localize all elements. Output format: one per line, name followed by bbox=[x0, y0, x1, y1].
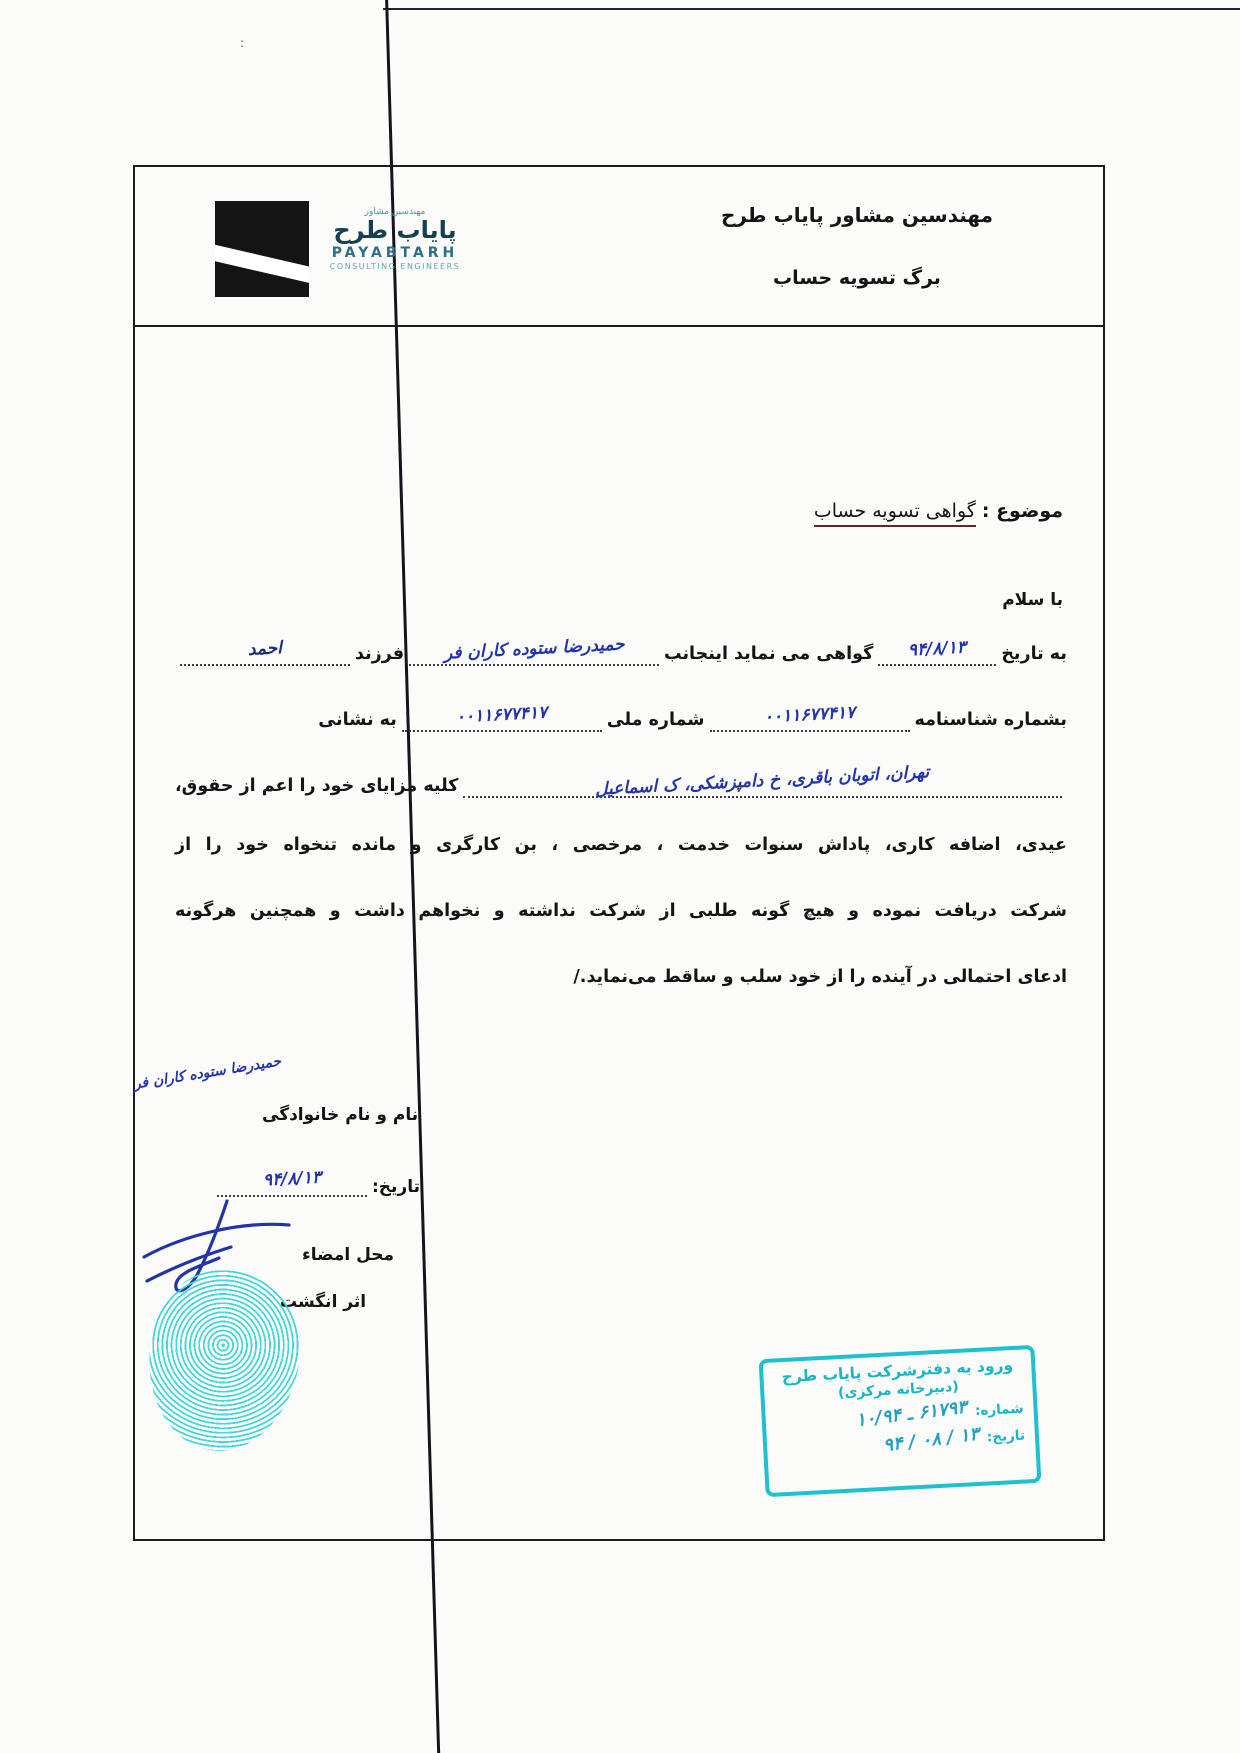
handwritten-address: تهران، اتوبان باقری، خ دامپزشکی، ک اسماع… bbox=[595, 761, 930, 802]
fingerprint-label: اثر انگشت bbox=[280, 1292, 366, 1312]
scan-speck: : bbox=[240, 36, 244, 50]
stamp-date-row: تاریخ: ۹۴ / ۰۸ / ۱۳ bbox=[777, 1424, 1026, 1458]
subject-line: موضوع : گواهی تسویه حساب bbox=[814, 500, 1063, 522]
name-fill-field: حمیدرضا ستوده کاران فر bbox=[409, 639, 659, 666]
body-line-6: ادعای احتمالی در آینده را از خود سلب و س… bbox=[175, 944, 1067, 1010]
handwritten-id-number: ۰۰۱۱۶۷۷۴۱۷ bbox=[763, 702, 855, 731]
address-fill-field: تهران، اتوبان باقری، خ دامپزشکی، ک اسماع… bbox=[463, 771, 1062, 798]
company-logo-text: مهندسین مشاور پایاب طرح PAYABTARH CONSUL… bbox=[311, 207, 479, 271]
salutation: با سلام bbox=[1002, 590, 1063, 610]
body-line-2: بشماره شناسنامه ۰۰۱۱۶۷۷۴۱۷ شماره ملی ۰۰۱… bbox=[175, 680, 1067, 746]
stamp-date-label: تاریخ: bbox=[986, 1427, 1025, 1445]
subject-label: موضوع : bbox=[982, 500, 1063, 522]
logo-diagonal-stripe bbox=[215, 242, 309, 287]
handwritten-signature-date: ۹۴/۸/۱۳ bbox=[262, 1167, 321, 1190]
signature-date-fill: ۹۴/۸/۱۳ bbox=[217, 1171, 367, 1197]
line1-mid: گواهی می نماید اینجانب bbox=[664, 642, 873, 667]
id-number-fill-field: ۰۰۱۱۶۷۷۴۱۷ bbox=[710, 705, 910, 732]
body-line-1: به تاریخ ۹۴/۸/۱۳ گواهی می نماید اینجانب … bbox=[175, 614, 1067, 680]
form-title: برگ تسویه حساب bbox=[721, 267, 993, 289]
signature-place-label: محل امضاء bbox=[302, 1245, 394, 1265]
company-logo-icon bbox=[215, 201, 309, 297]
body-line-5: شرکت دریافت نموده و هیچ گونه طلبی از شرک… bbox=[175, 878, 1067, 944]
line2-post: به نشانی bbox=[318, 708, 397, 733]
national-id-fill-field: ۰۰۱۱۶۷۷۴۱۷ bbox=[402, 705, 602, 732]
body-paragraph: به تاریخ ۹۴/۸/۱۳ گواهی می نماید اینجانب … bbox=[175, 614, 1067, 1010]
stamp-handwritten-date: ۹۴ / ۰۸ / ۱۳ bbox=[882, 1424, 980, 1457]
line3-rest: کلیه مزایای خود را اعم از حقوق، bbox=[175, 774, 458, 799]
logo-brand-en-sub: CONSULTING ENGINEERS bbox=[311, 262, 479, 271]
header-titles: مهندسین مشاور پایاب طرح برگ تسویه حساب bbox=[721, 203, 993, 289]
father-fill-field: احمد bbox=[180, 639, 350, 666]
logo-brand-fa: پایاب طرح bbox=[311, 217, 479, 243]
subject-value: گواهی تسویه حساب bbox=[814, 500, 976, 527]
scan-top-edge-line bbox=[383, 8, 1240, 10]
date-fill-field: ۹۴/۸/۱۳ bbox=[878, 639, 996, 666]
document-header: مهندسین مشاور پایاب طرح PAYABTARH CONSUL… bbox=[135, 167, 1103, 327]
logo-brand-en: PAYABTARH bbox=[311, 245, 479, 261]
office-entry-stamp: ورود به دفترشرکت پایاب طرح (دبیرخانه مرک… bbox=[759, 1345, 1042, 1497]
signature-date-row: تاریخ: ۹۴/۸/۱۳ bbox=[175, 1171, 420, 1197]
stamp-number-label: شماره: bbox=[975, 1400, 1024, 1419]
signature-date-label: تاریخ: bbox=[372, 1177, 420, 1197]
handwritten-father-name: احمد bbox=[247, 637, 282, 663]
handwritten-national-id: ۰۰۱۱۶۷۷۴۱۷ bbox=[455, 702, 547, 731]
document-frame: مهندسین مشاور پایاب طرح PAYABTARH CONSUL… bbox=[133, 165, 1105, 1541]
line2-mid: شماره ملی bbox=[607, 708, 705, 733]
body-line-4: عیدی، اضافه کاری، پاداش سنوات خدمت ، مرخ… bbox=[175, 812, 1067, 878]
line1-pre: به تاریخ bbox=[1001, 642, 1067, 667]
handwritten-name-inline: حمیدرضا ستوده کاران فر bbox=[443, 633, 625, 666]
line2-pre: بشماره شناسنامه bbox=[915, 708, 1067, 733]
company-title: مهندسین مشاور پایاب طرح bbox=[721, 203, 993, 227]
line1-post: فرزند bbox=[355, 642, 404, 667]
handwritten-signature-name: حمیدرضا ستوده کاران فر bbox=[133, 1053, 283, 1092]
handwritten-date: ۹۴/۸/۱۳ bbox=[908, 637, 967, 664]
body-line-3: تهران، اتوبان باقری، خ دامپزشکی، ک اسماع… bbox=[175, 746, 1067, 812]
name-label: نام و نام خانوادگی bbox=[262, 1105, 418, 1125]
